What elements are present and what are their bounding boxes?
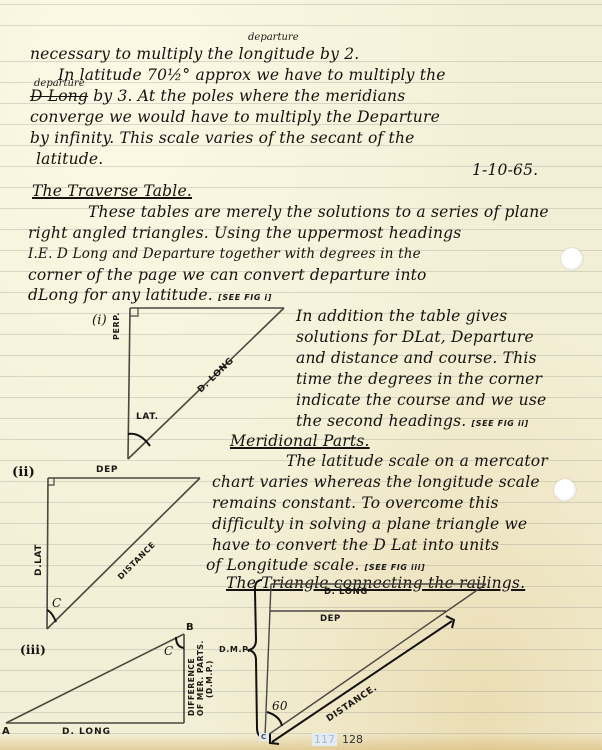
- fig-ii-dep: DEP: [96, 465, 118, 475]
- fig-iv-triangle: [265, 584, 486, 737]
- fig-i-lat-angle: LAT.: [136, 412, 159, 422]
- fig-iii-vertex-a: A: [2, 726, 10, 737]
- page-number-faded: 117: [312, 733, 337, 746]
- fig-ii-label: (ii): [12, 462, 35, 483]
- fig-iii-angle-c: C: [164, 641, 173, 662]
- fig-iv-dep: DEP: [320, 614, 341, 624]
- fig-ii-triangle: [47, 478, 200, 629]
- page-number: 128: [342, 733, 363, 746]
- distance-arrow: [270, 616, 454, 744]
- dmp-brace: [249, 580, 266, 738]
- notebook-page: departure necessary to multiply the long…: [0, 0, 602, 750]
- fig-ii-angle-c: C: [52, 593, 61, 614]
- fig-iv-vertex-c: C: [259, 733, 269, 741]
- fig-iv-dlong: D. LONG: [324, 587, 368, 597]
- fig-iv-dmp-label: D.M.P.: [219, 645, 251, 654]
- fig-iii-difference: DIFFERENCE: [187, 658, 196, 716]
- fig-iv-angle: 60: [272, 696, 288, 717]
- fig-iii-vertex-b: B: [186, 622, 194, 633]
- fig-iii-label: (iii): [20, 640, 46, 661]
- fig-iii-of-mer-parts: OF MER. PARTS.: [196, 640, 205, 716]
- fig-iii-dmp-abbrev: (D.M.P.): [205, 660, 214, 698]
- fig-ii-dlat: D.LAT: [34, 544, 44, 576]
- figure-lines: [0, 0, 602, 750]
- fig-i-perp: PERP.: [112, 312, 121, 340]
- fig-iii-dlong: D. LONG: [62, 727, 111, 737]
- fig-i-label: (i): [92, 310, 107, 331]
